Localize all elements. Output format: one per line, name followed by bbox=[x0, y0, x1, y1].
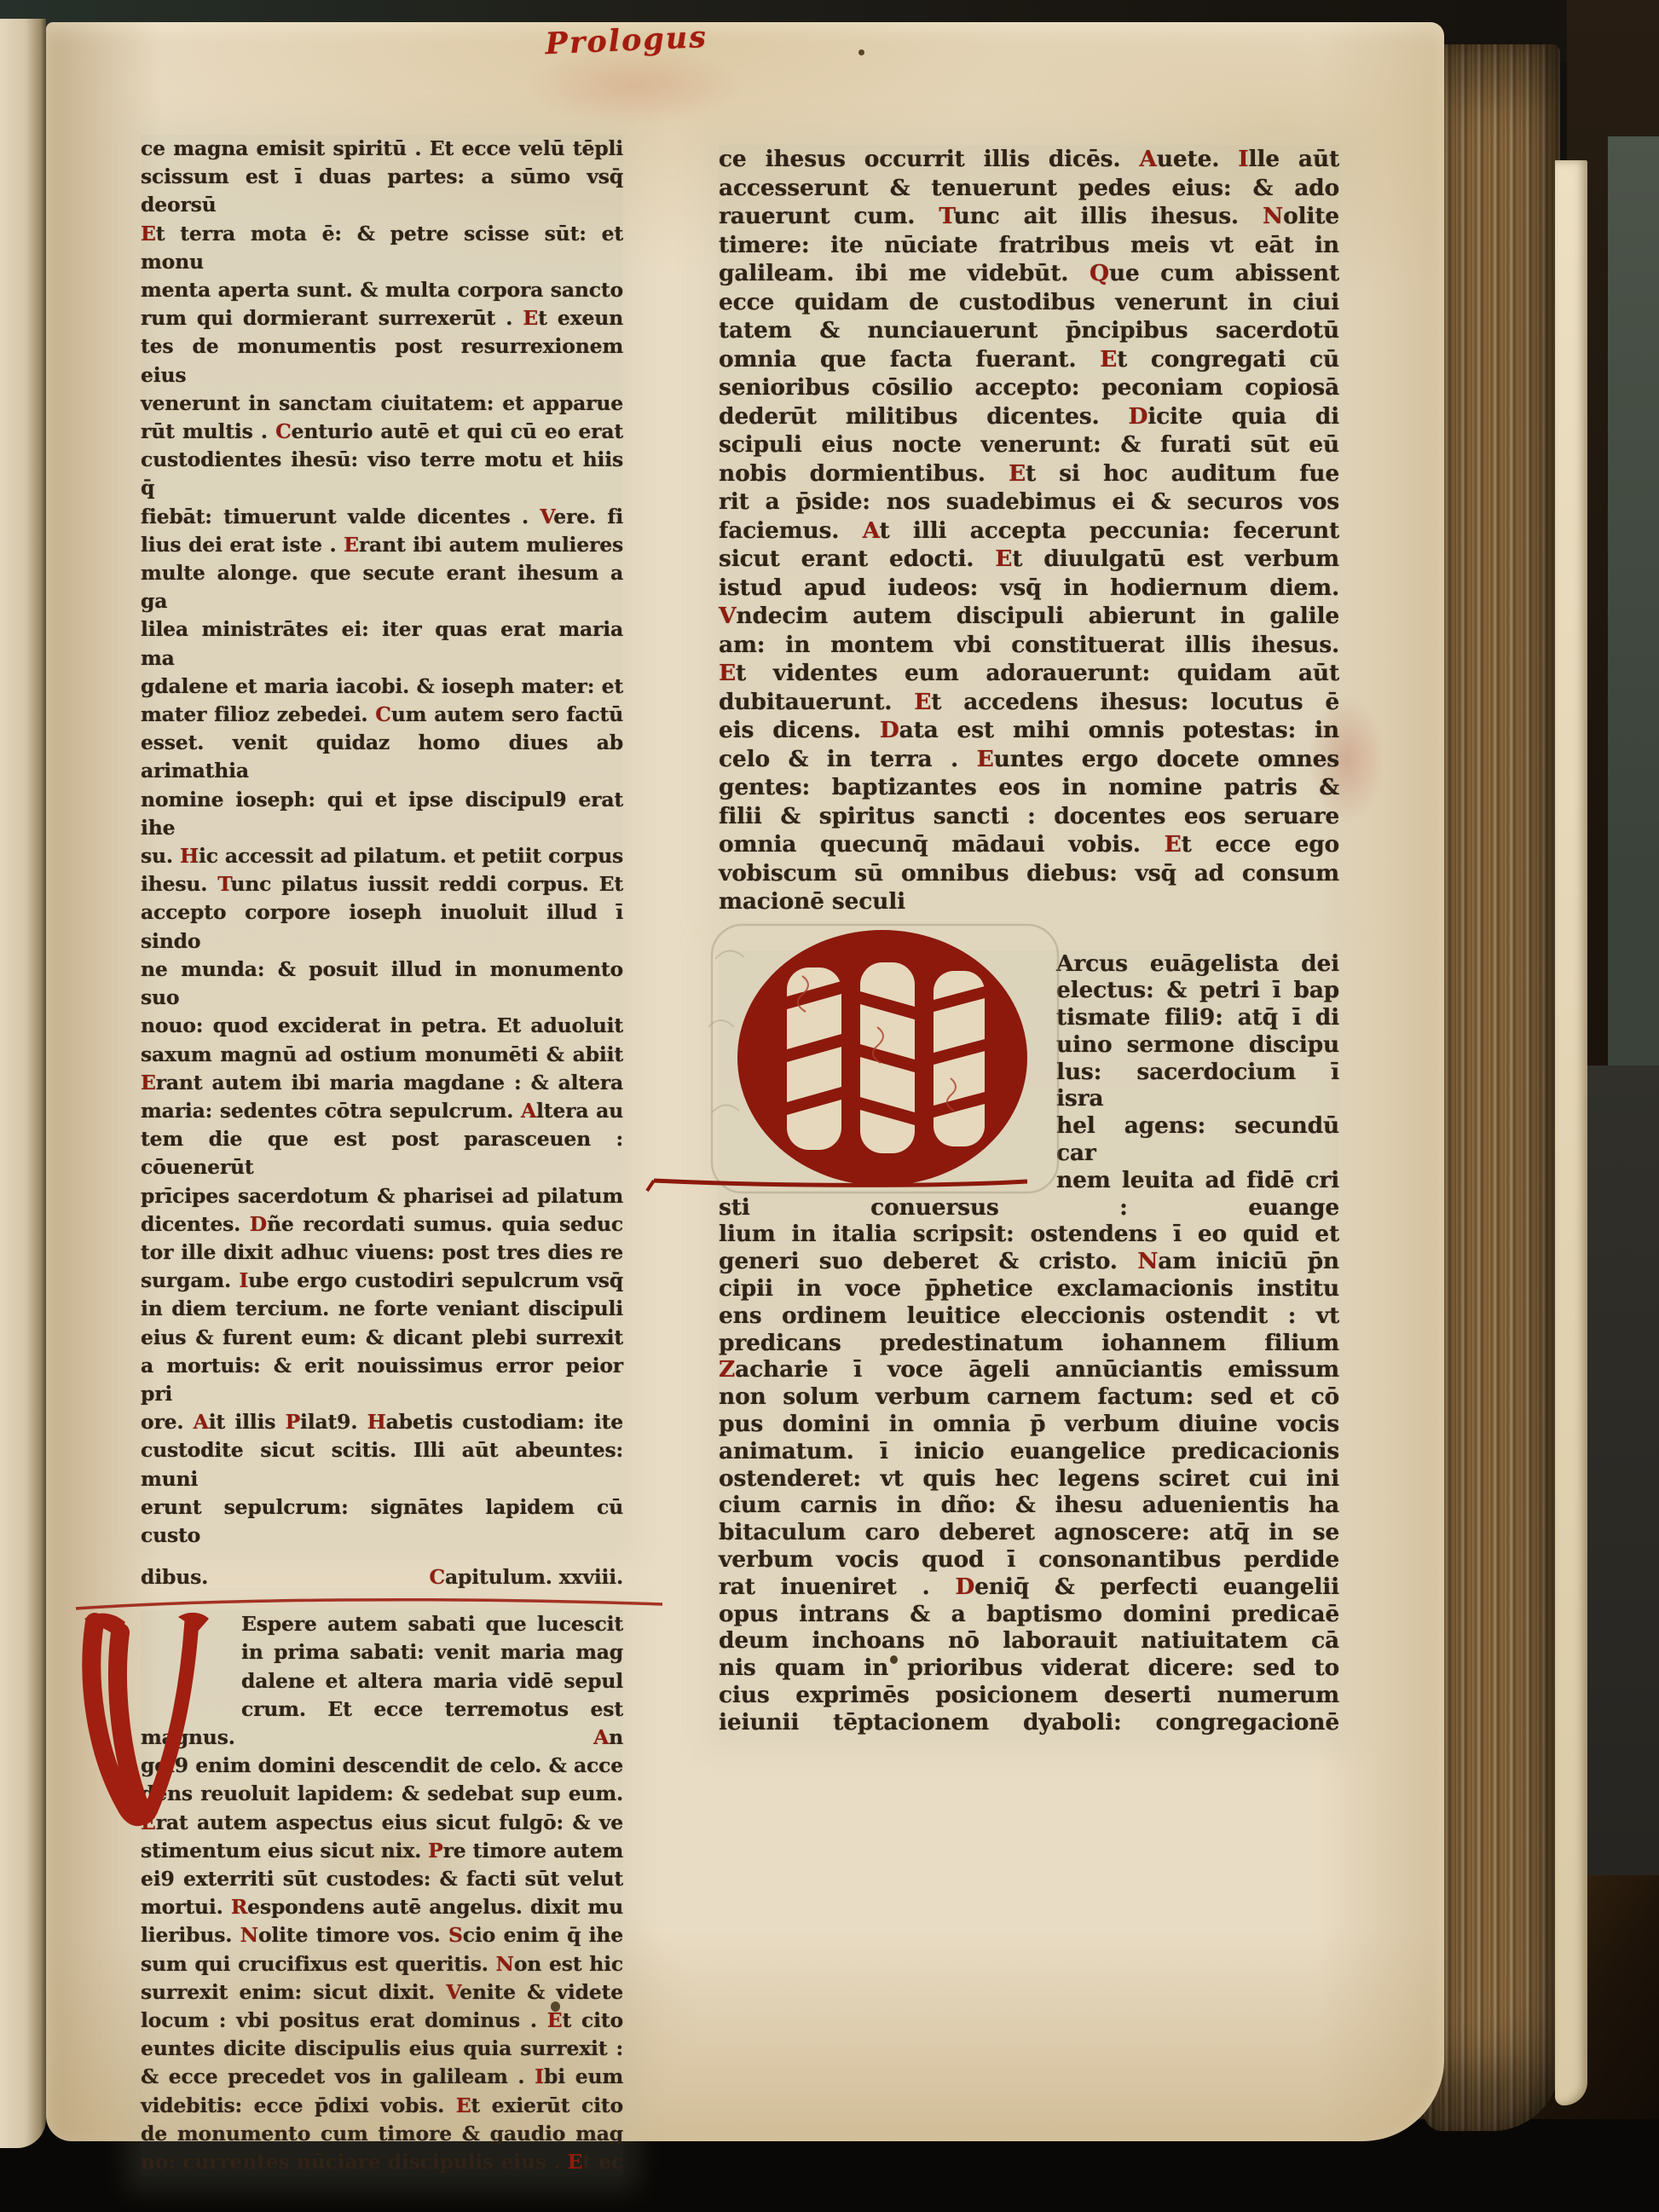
matthew-27-block: ce magna emisit spiritū . Et ecce velū t… bbox=[141, 135, 623, 1550]
text-line: vobiscum sū omnibus diebus: vsq̄ ad cons… bbox=[719, 859, 1339, 888]
text-line: ne munda: & posuit illud in monumento su… bbox=[141, 956, 623, 1012]
capitulum-heading: Capitulum. xxviii. bbox=[429, 1563, 623, 1591]
text-line: rit a p̄side: nos suadebimus ei & securo… bbox=[719, 488, 1339, 517]
book-fore-edge bbox=[1424, 44, 1560, 2131]
capitulum-row: dibus. Capitulum. xxviii. bbox=[141, 1563, 623, 1591]
text-line: ens ordinem leuitice eleccionis ostendit… bbox=[719, 1302, 1339, 1330]
catchword-dibus: dibus. bbox=[141, 1563, 208, 1591]
text-line: omnia quecunq̄ mādaui vobis. Et ecce ego bbox=[719, 830, 1339, 859]
text-line: macionē seculi bbox=[719, 887, 1339, 916]
left-text-column: ce magna emisit spiritū . Et ecce velū t… bbox=[141, 135, 623, 2176]
text-line: esset. venit quidaz homo diues ab arimat… bbox=[141, 729, 623, 785]
initial-m-drop-cap bbox=[719, 950, 1056, 1169]
text-line: ecce quidam de custodibus venerunt in ci… bbox=[719, 288, 1339, 317]
text-line: menta aperta sunt. & multa corpora sanct… bbox=[141, 276, 623, 304]
matthew-28-end-block: ce ihesus occurrit illis dicēs. Auete. I… bbox=[719, 145, 1339, 916]
text-line: deum inchoans nō laborauit natiuitatem c… bbox=[719, 1627, 1339, 1655]
initial-v-drop-cap bbox=[141, 1610, 241, 1695]
text-line: Et videntes eum adorauerunt: quidam aūt bbox=[719, 659, 1339, 688]
text-line: ei9 exterriti sūt custodes: & facti sūt … bbox=[141, 1865, 623, 1893]
text-line: predicans predestinatum iohannem filium bbox=[719, 1330, 1339, 1357]
text-line: surrexit enim: sicut dixit. Venite & vid… bbox=[141, 1978, 623, 2007]
text-line: Vndecim autem discipuli abierunt in gali… bbox=[719, 602, 1339, 631]
mark-prologue-block: Arcus euāgelista deielectus: & petri ī b… bbox=[719, 950, 1339, 1736]
text-line: cipii in voce p̄phetice exclamacionis in… bbox=[719, 1275, 1339, 1302]
text-line: dederūt militibus dicentes. Dicite quia … bbox=[719, 402, 1339, 431]
text-line: venerunt in sanctam ciuitatem: et apparu… bbox=[141, 390, 623, 418]
text-line: cium carnis in dño: & ihesu aduenientis … bbox=[719, 1492, 1339, 1519]
text-line: gentes: baptizantes eos in nomine patris… bbox=[719, 773, 1339, 802]
text-line: galileam. ibi me videbūt. Que cum abisse… bbox=[719, 259, 1339, 288]
text-line: mater filioz zebedei. Cum autem sero fac… bbox=[141, 701, 623, 729]
text-line: tem die que est post parasceuen : cōuene… bbox=[141, 1125, 623, 1181]
text-line: accesserunt & tenuerunt pedes eius: & ad… bbox=[719, 174, 1339, 203]
text-line: sicut erant edocti. Et diuulgatū est ver… bbox=[719, 545, 1339, 574]
text-line: euntes dicite discipulis eius quia surre… bbox=[141, 2035, 623, 2063]
text-line: nis quam in prioribus viderat dicere: se… bbox=[719, 1655, 1339, 1682]
text-line: nomine ioseph: qui et ipse discipul9 era… bbox=[141, 786, 623, 842]
text-line: rat inueniret . Deniq̄ & perfecti euange… bbox=[719, 1574, 1339, 1601]
text-line: lieribus. Nolite timore vos. Scio enim q… bbox=[141, 1921, 623, 1949]
text-line: custodite sicut scitis. Illi aūt abeunte… bbox=[141, 1436, 623, 1493]
text-line: ce magna emisit spiritū . Et ecce velū t… bbox=[141, 135, 623, 163]
text-line: scipuli eius nocte venerunt: & furati sū… bbox=[719, 430, 1339, 459]
text-line: filii & spiritus sancti : docentes eos s… bbox=[719, 802, 1339, 831]
text-line: rauerunt cum. Tunc ait illis ihesus. Nol… bbox=[719, 202, 1339, 231]
text-line: tatem & nunciauerunt p̄ncipibus sacerdot… bbox=[719, 316, 1339, 345]
text-line: de monumento cum timore & gaudio mag bbox=[141, 2120, 623, 2148]
text-line: in diem tercium. ne forte veniant discip… bbox=[141, 1295, 623, 1323]
text-line: dubitauerunt. Et accedens ihesus: locutu… bbox=[719, 688, 1339, 717]
text-line: no: currentes nūciare discipulis eius . … bbox=[141, 2148, 623, 2176]
text-line: prīcipes sacerdotum & pharisei ad pilatu… bbox=[141, 1182, 623, 1210]
text-line: eis dicens. Data est mihi omnis potestas… bbox=[719, 716, 1339, 745]
text-line: faciemus. At illi accepta peccunia: fece… bbox=[719, 517, 1339, 546]
text-line: Erant autem ibi maria magdane : & altera bbox=[141, 1069, 623, 1097]
text-line: maria: sedentes cōtra sepulcrum. Altera … bbox=[141, 1097, 623, 1125]
text-line: & ecce precedet vos in galileam . Ibi eu… bbox=[141, 2063, 623, 2091]
initial-m-icon bbox=[707, 925, 1065, 1206]
text-line: a mortuis: & erit nouissimus error peior… bbox=[141, 1352, 623, 1408]
text-line: su. Hic accessit ad pilatum. et petiit c… bbox=[141, 842, 623, 870]
running-title-rubric: Prologus bbox=[545, 18, 751, 79]
outer-page-edge bbox=[1555, 160, 1587, 2105]
text-line: Zacharie ī voce āgeli annūciantis emissu… bbox=[719, 1356, 1339, 1383]
ink-spot bbox=[858, 49, 864, 55]
text-line: ostenderet: vt quis hec legens sciret cu… bbox=[719, 1465, 1339, 1493]
text-line: senioribus cōsilio accepto: peconiam cop… bbox=[719, 373, 1339, 402]
incunabulum-photo: Prologus ce magna emisit spiritū . Et ec… bbox=[0, 0, 1659, 2212]
background-wall-panel bbox=[1608, 136, 1659, 1066]
text-line: bitaculum caro deberet agnoscere: atq̄ i… bbox=[719, 1519, 1339, 1546]
text-line: erunt sepulcrum: signātes lapidem cū cus… bbox=[141, 1493, 623, 1550]
text-line: celo & in terra . Euntes ergo docete omn… bbox=[719, 745, 1339, 774]
text-line: omnia que facta fuerant. Et congregati c… bbox=[719, 345, 1339, 374]
text-line: locum : vbi positus erat dominus . Et ci… bbox=[141, 2007, 623, 2035]
text-line: tor ille dixit adhuc viuens: post tres d… bbox=[141, 1239, 623, 1267]
text-line: am: in montem vbi constituerat illis ihe… bbox=[719, 631, 1339, 660]
right-text-column: ce ihesus occurrit illis dicēs. Auete. I… bbox=[719, 145, 1339, 1736]
text-line: generi suo deberet & cristo. Nam iniciū … bbox=[719, 1248, 1339, 1275]
text-line: tes de monumentis post resurrexionem eiu… bbox=[141, 332, 623, 389]
text-line: timere: ite nūciate fratribus meis vt eā… bbox=[719, 231, 1339, 260]
text-line: rūt multis . Centurio autē et qui cū eo … bbox=[141, 418, 623, 446]
text-line: cius exprimēs posicionem deserti numerum bbox=[719, 1682, 1339, 1709]
matthew-28-block: Espere autem sabati que lucescitin prima… bbox=[141, 1610, 623, 2176]
text-line: opus intrans & a baptismo domini predica… bbox=[719, 1601, 1339, 1628]
text-line: animatum. ī inicio euangelice predicacio… bbox=[719, 1438, 1339, 1465]
text-line: videbitis: ecce p̄dixi vobis. Et exierūt… bbox=[141, 2092, 623, 2120]
text-line: ore. Ait illis Pilat9. Habetis custodiam… bbox=[141, 1408, 623, 1436]
text-line: lium in italia scripsit: ostendens ī eo … bbox=[719, 1221, 1339, 1248]
text-line: ieiunii tēptacionem dyaboli: congregacio… bbox=[719, 1709, 1339, 1736]
initial-v-icon bbox=[69, 1600, 257, 1856]
text-line: eius & furent eum: & dicant plebi surrex… bbox=[141, 1324, 623, 1352]
text-line: fiebāt: timuerunt valde dicentes . Vere.… bbox=[141, 503, 623, 531]
text-line: ihesu. Tunc pilatus iussit reddi corpus.… bbox=[141, 870, 623, 898]
text-line: Et terra mota ē: & petre scisse sūt: et … bbox=[141, 220, 623, 276]
text-line: scissum est ī duas partes: a sūmo vsq̄ d… bbox=[141, 163, 623, 219]
text-line: mortui. Respondens autē angelus. dixit m… bbox=[141, 1893, 623, 1921]
text-line: istud apud iudeos: vsq̄ in hodiernum die… bbox=[719, 574, 1339, 603]
text-line: non solum verbum carnem factum: sed et c… bbox=[719, 1383, 1339, 1411]
facing-page-edge bbox=[0, 19, 46, 2148]
text-line: saxum magnū ad ostium monumēti & abiit bbox=[141, 1041, 623, 1069]
text-line: pus domini in omnia p̄ verbum diuine voc… bbox=[719, 1411, 1339, 1438]
text-line: custodientes ihesū: viso terre motu et h… bbox=[141, 446, 623, 502]
text-line: lius dei erat iste . Erant ibi autem mul… bbox=[141, 531, 623, 559]
text-line: surgam. Iube ergo custodiri sepulcrum vs… bbox=[141, 1267, 623, 1295]
text-line: sum qui crucifixus est queritis. Non est… bbox=[141, 1950, 623, 1978]
text-line: nouo: quod exciderat in petra. Et aduolu… bbox=[141, 1012, 623, 1040]
text-line: ce ihesus occurrit illis dicēs. Auete. I… bbox=[719, 145, 1339, 174]
text-line: accepto corpore ioseph inuoluit illud ī … bbox=[141, 898, 623, 955]
text-line: gdalene et maria iacobi. & ioseph mater:… bbox=[141, 673, 623, 701]
text-line: rum qui dormierant surrexerūt . Et exeun bbox=[141, 304, 623, 332]
text-line: multe alonge. que secute erant ihesum a … bbox=[141, 559, 623, 615]
text-line: lilea ministrātes ei: iter quas erat mar… bbox=[141, 615, 623, 672]
text-line: verbum vocis quod ī consonantibus perdid… bbox=[719, 1546, 1339, 1574]
text-line: nobis dormientibus. Et si hoc auditum fu… bbox=[719, 459, 1339, 488]
text-line: dicentes. Dñe recordati sumus. quia sedu… bbox=[141, 1210, 623, 1239]
